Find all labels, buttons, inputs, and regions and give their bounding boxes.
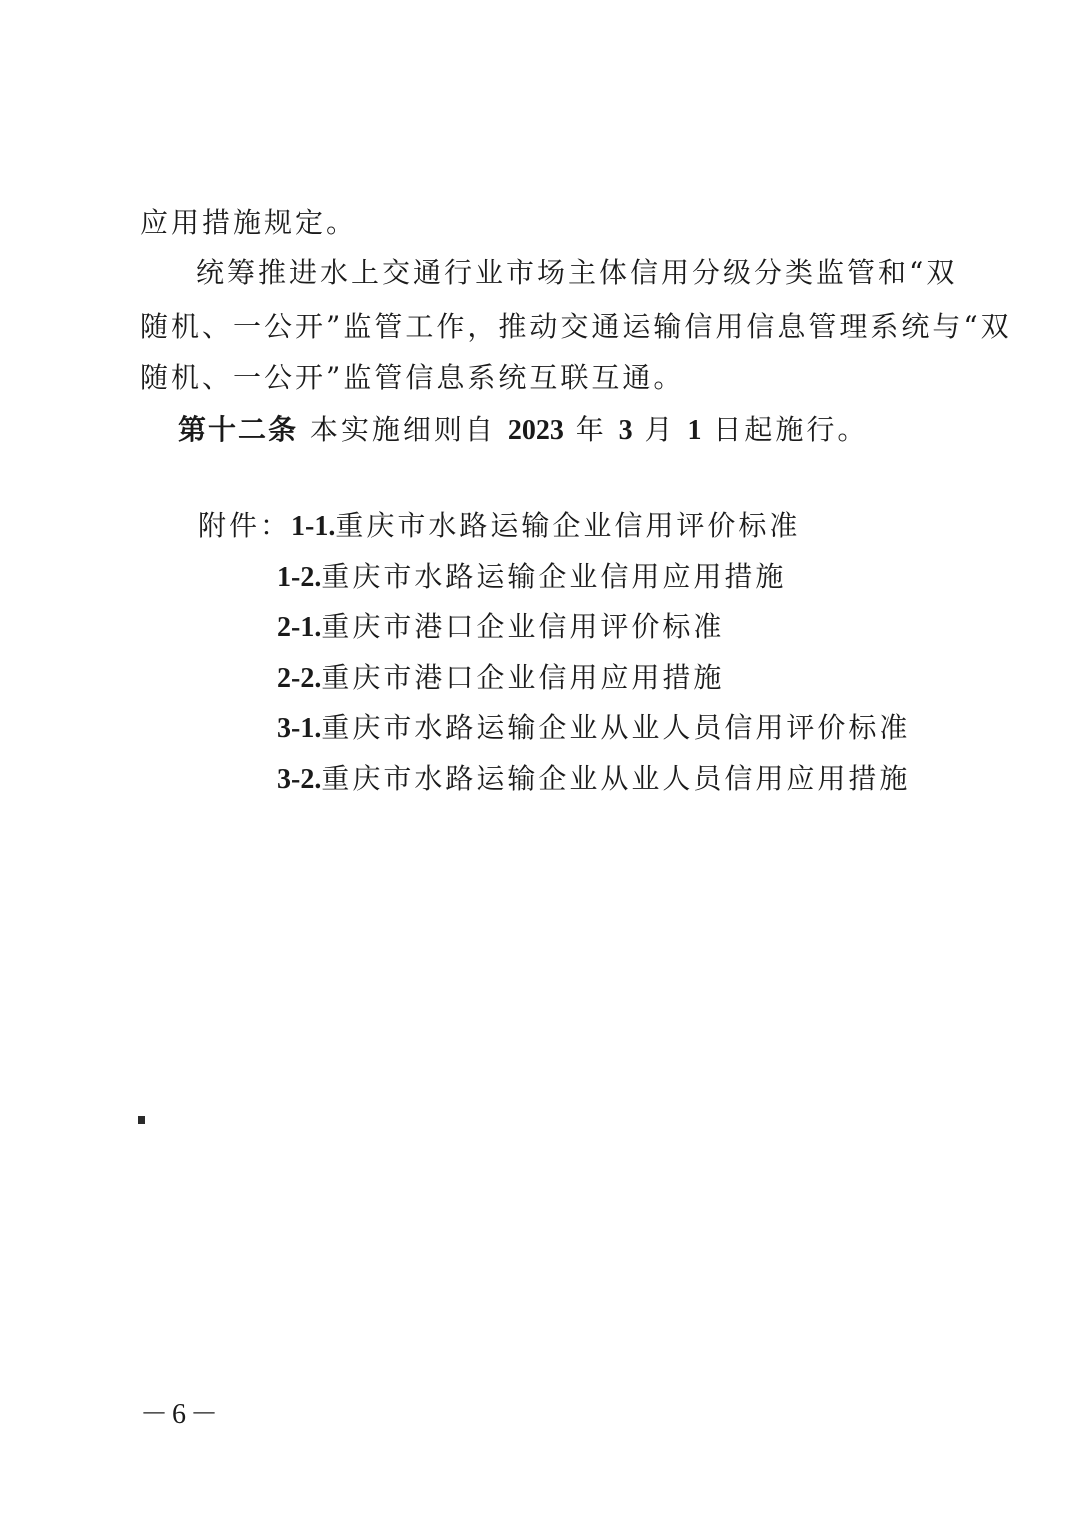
attachment-number: 3-2. xyxy=(277,764,321,795)
article-text: 日起施行。 xyxy=(701,413,868,446)
attachment-item: 3-1.重庆市水路运输企业从业人员信用评价标准 xyxy=(277,708,910,749)
attachment-item: 1-2.重庆市水路运输企业信用应用措施 xyxy=(277,557,786,598)
article-text: 月 xyxy=(633,413,688,446)
article-text: 本实施细则自 xyxy=(298,413,508,446)
attachment-number: 1-1. xyxy=(291,511,335,542)
attachment-title: 重庆市港口企业信用评价标准 xyxy=(321,610,724,643)
article-twelve: 第十二条 本实施细则自 2023 年 3 月 1 日起施行。 xyxy=(178,410,868,451)
attachment-number: 2-1. xyxy=(277,612,321,643)
attachments-label: 附件： xyxy=(198,509,291,542)
page-number: －6－ xyxy=(140,1398,222,1432)
attachment-title: 重庆市水路运输企业信用应用措施 xyxy=(321,560,786,593)
effective-day: 1 xyxy=(687,415,701,446)
effective-year: 2023 xyxy=(508,415,564,446)
attachment-item: 附件：1-1.重庆市水路运输企业信用评价标准 xyxy=(198,506,800,547)
attachment-item: 3-2.重庆市水路运输企业从业人员信用应用措施 xyxy=(277,759,910,800)
paragraph-line: 随机、一公开”监管信息系统互联互通。 xyxy=(140,358,684,398)
stray-mark xyxy=(138,1116,145,1124)
article-text: 年 xyxy=(564,413,619,446)
attachment-item: 2-1.重庆市港口企业信用评价标准 xyxy=(277,607,724,648)
attachment-title: 重庆市水路运输企业信用评价标准 xyxy=(335,509,800,542)
attachment-title: 重庆市水路运输企业从业人员信用应用措施 xyxy=(321,762,910,795)
attachment-number: 1-2. xyxy=(277,562,321,593)
paragraph-line: 随机、一公开”监管工作，推动交通运输信用信息管理系统与“双 xyxy=(140,307,1012,347)
article-heading: 第十二条 xyxy=(178,413,298,446)
attachment-title: 重庆市水路运输企业从业人员信用评价标准 xyxy=(321,711,910,744)
attachment-number: 2-2. xyxy=(277,663,321,694)
attachment-title: 重庆市港口企业信用应用措施 xyxy=(321,661,724,694)
attachment-number: 3-1. xyxy=(277,713,321,744)
paragraph-line: 统筹推进水上交通行业市场主体信用分级分类监管和“双 xyxy=(196,253,957,293)
paragraph-continuation: 应用措施规定。 xyxy=(140,203,357,243)
effective-month: 3 xyxy=(619,415,633,446)
attachment-item: 2-2.重庆市港口企业信用应用措施 xyxy=(277,658,724,699)
